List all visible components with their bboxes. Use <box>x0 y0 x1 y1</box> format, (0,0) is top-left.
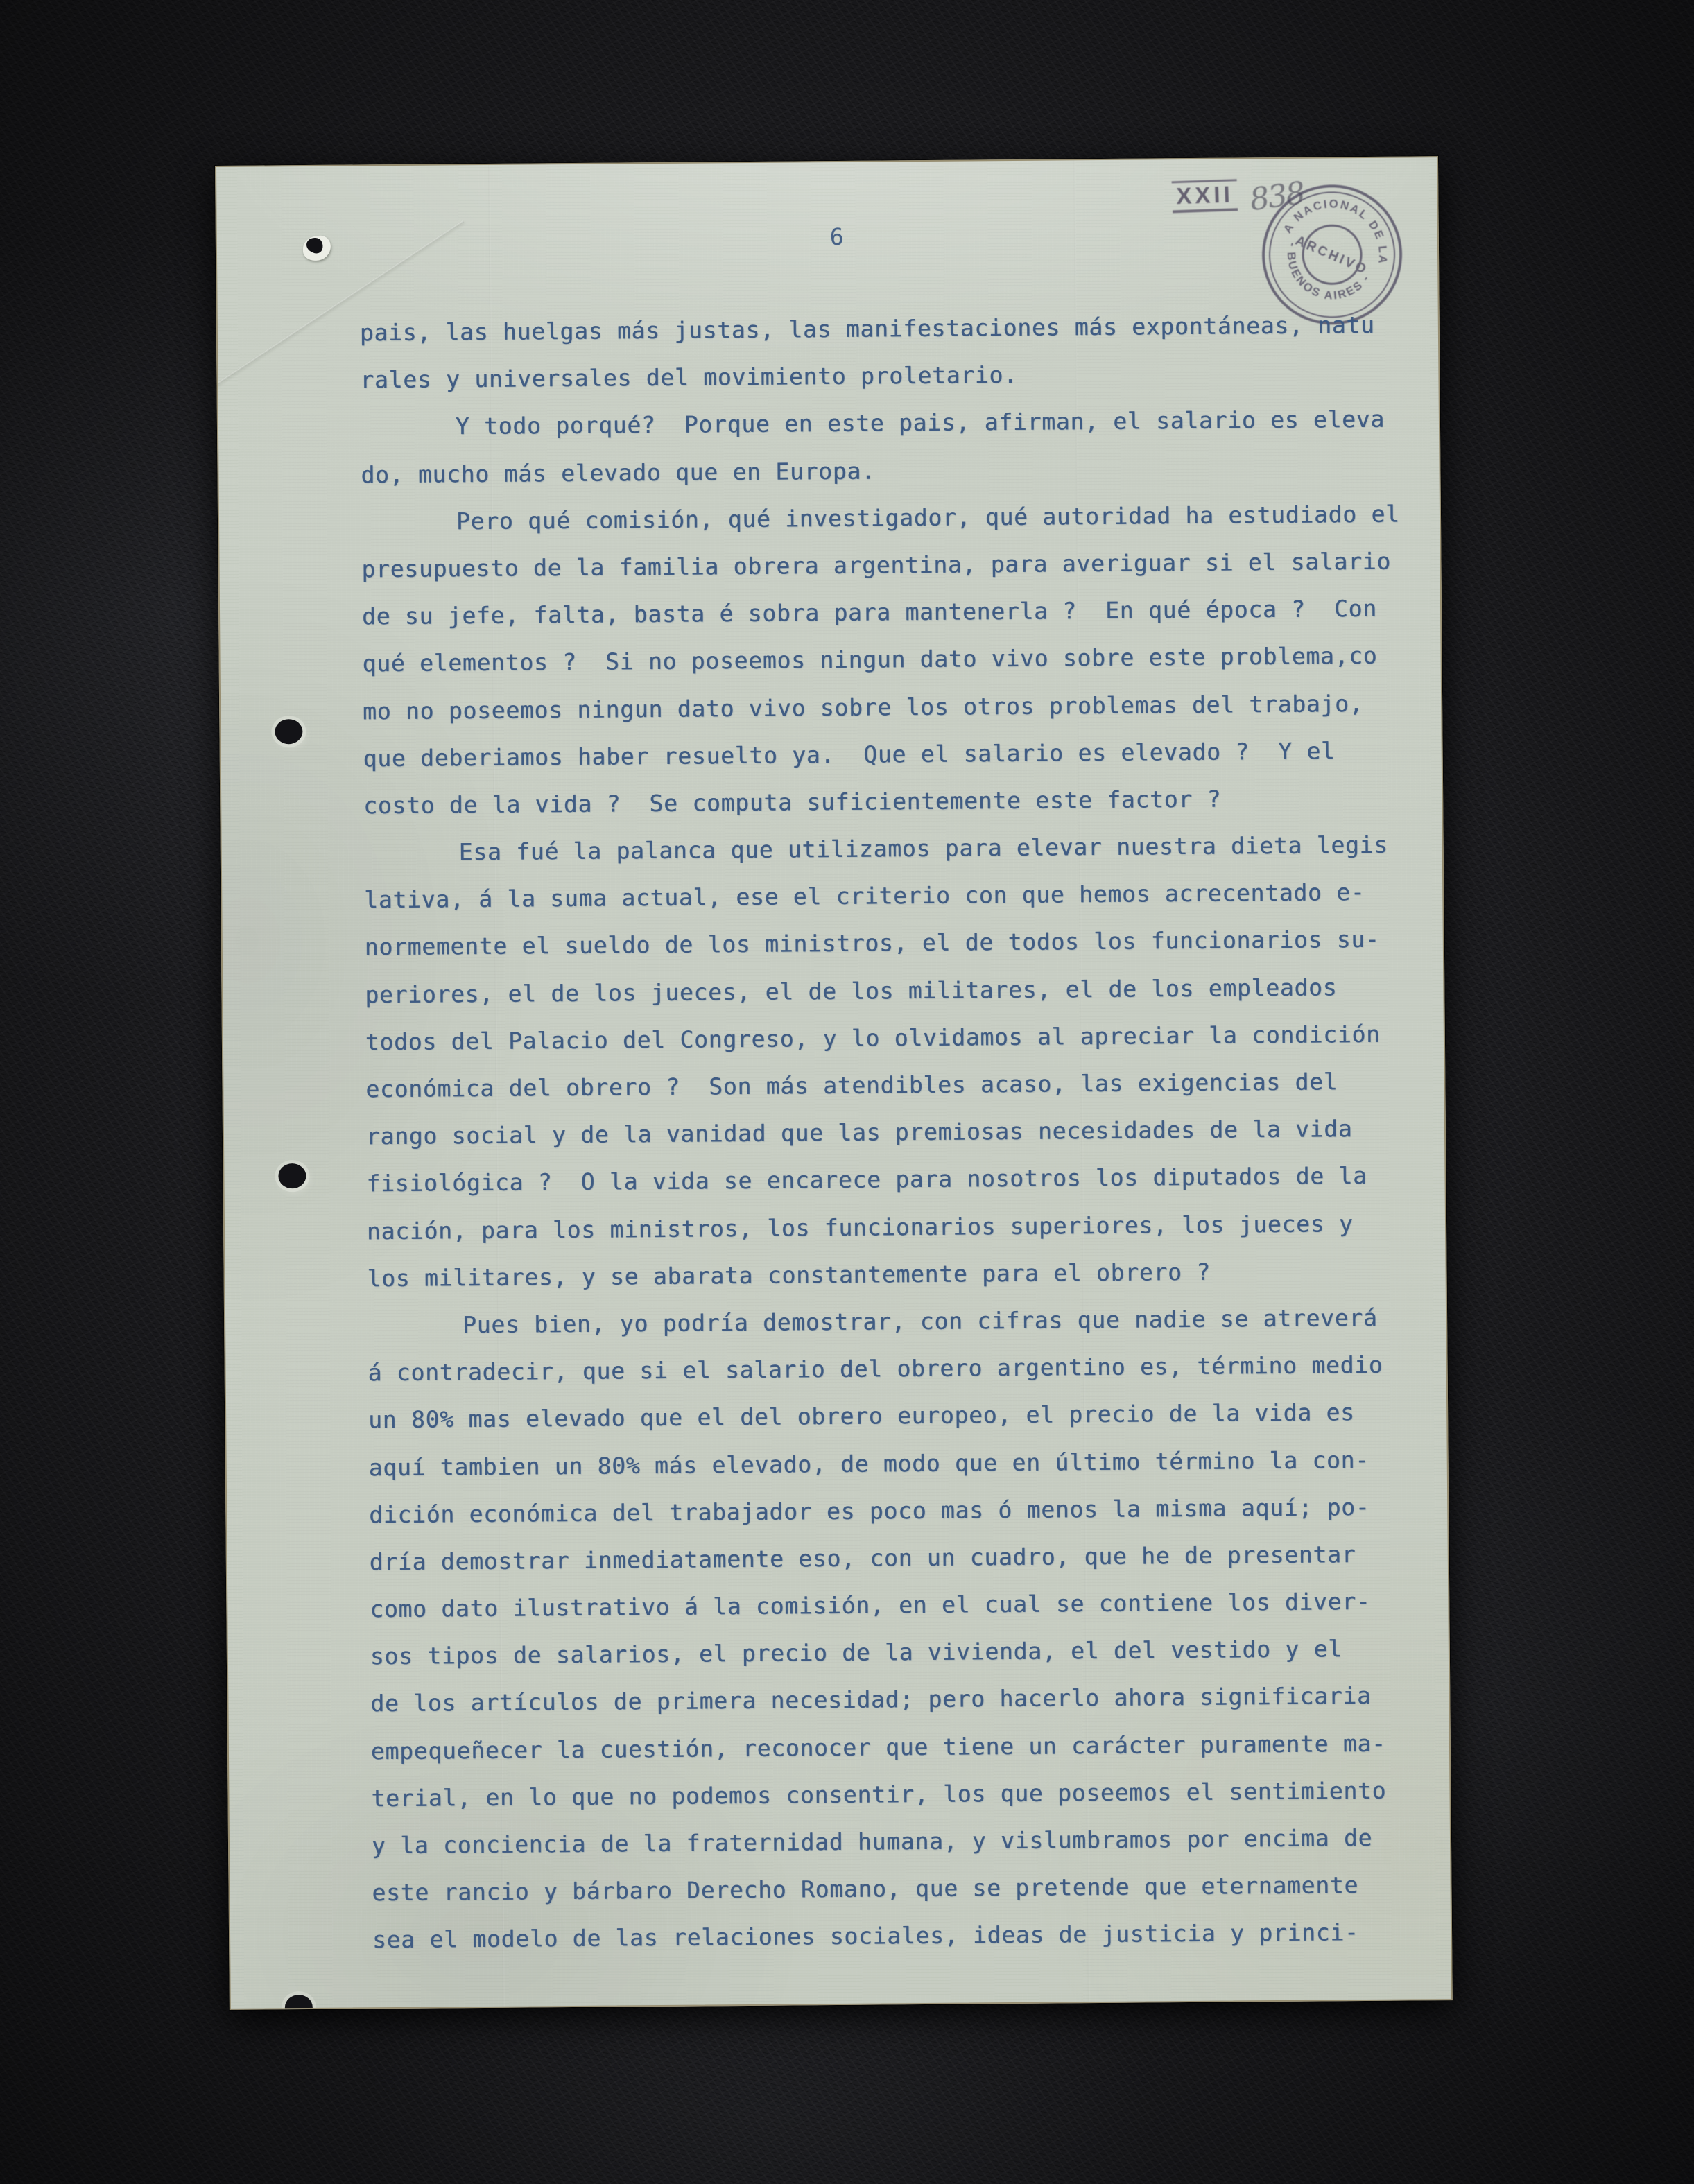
typed-line: presupuesto de la familia obrera argenti… <box>361 547 1422 603</box>
document-page: 6 XXII 838 ACADEMIA NACIONAL DE LA HISTO… <box>215 156 1453 2010</box>
typed-line: nación, para los ministros, los funciona… <box>367 1209 1428 1265</box>
typed-line: rales y universales del movimiento prole… <box>360 358 1421 414</box>
typed-line: qué elementos ? Si no poseemos ningun da… <box>362 642 1423 697</box>
typed-line: Y todo porqué? Porque en este pais, afir… <box>361 406 1421 461</box>
typed-line: Esa fué la palanca que utilizamos para e… <box>364 831 1425 886</box>
punch-hole-bottom <box>285 1995 313 2010</box>
scanned-archive-photo: { "document": { "page_number": "6", "arc… <box>0 0 1694 2184</box>
typed-line: los militares, y se abarata constantemen… <box>367 1256 1428 1312</box>
typed-line: este rancio y bárbaro Derecho Romano, qu… <box>372 1871 1433 1926</box>
typed-line: fisiológica ? O la vida se encarece para… <box>366 1162 1427 1217</box>
typed-line: mo no poseemos ningun dato vivo sobre lo… <box>363 689 1424 745</box>
typed-line: como dato ilustrativo á la comisión, en … <box>370 1587 1431 1643</box>
typed-line: rango social y de la vanidad que las pre… <box>366 1115 1427 1170</box>
typed-line: de los artículos de primera necesidad; p… <box>370 1682 1431 1737</box>
typed-line: un 80% mas elevado que el del obrero eur… <box>368 1398 1429 1454</box>
typed-line: do, mucho más elevado que en Europa. <box>361 453 1421 508</box>
typed-line: de su jefe, falta, basta é sobra para ma… <box>362 594 1423 650</box>
typed-line: Pues bien, yo podría demostrar, con cifr… <box>368 1303 1428 1359</box>
stamp-center-text: ARCHIVO <box>1293 234 1370 278</box>
typed-line: y la conciencia de la fraternidad humana… <box>372 1823 1433 1879</box>
typed-line: dría demostrar inmediatamente eso, con u… <box>370 1540 1431 1595</box>
typed-line: Pero qué comisión, qué investigador, qué… <box>361 500 1422 555</box>
typed-line: normemente el sueldo de los ministros, e… <box>365 926 1426 981</box>
archive-reference-mark: XXII 838 <box>1172 179 1238 213</box>
typed-line: económica del obrero ? Son más atendible… <box>365 1067 1426 1123</box>
typed-line: sea el modelo de las relaciones sociales… <box>372 1918 1433 1974</box>
typed-line: periores, el de los jueces, el de los mi… <box>365 973 1426 1028</box>
typed-line: empequeñecer la cuestión, reconocer que … <box>371 1729 1432 1785</box>
typed-line: sos tipos de salarios, el precio de la v… <box>370 1635 1431 1690</box>
typed-line: lativa, á la suma actual, ese el criteri… <box>364 878 1425 934</box>
typed-line: á contradecir, que si el salario del obr… <box>368 1351 1429 1406</box>
typed-text-block: pais, las huelgas más justas, las manife… <box>360 311 1434 1974</box>
typed-line: pais, las huelgas más justas, las manife… <box>360 311 1421 366</box>
typed-line: todos del Palacio del Congreso, y lo olv… <box>365 1020 1426 1075</box>
archive-volume-stamp: XXII <box>1172 179 1238 213</box>
torn-hole <box>303 236 331 261</box>
typed-line: costo de la vida ? Se computa suficiente… <box>363 783 1424 839</box>
typed-line: dición económica del trabajador es poco … <box>369 1493 1430 1548</box>
typed-line: que deberiamos haber resuelto ya. Que el… <box>363 736 1424 792</box>
page-number: 6 <box>830 223 845 250</box>
punch-hole-middle <box>278 1163 306 1188</box>
typed-line: aquí tambien un 80% más elevado, de modo… <box>369 1446 1430 1501</box>
punch-hole-upper <box>275 719 302 744</box>
typed-line: terial, en lo que no podemos consentir, … <box>371 1776 1432 1832</box>
